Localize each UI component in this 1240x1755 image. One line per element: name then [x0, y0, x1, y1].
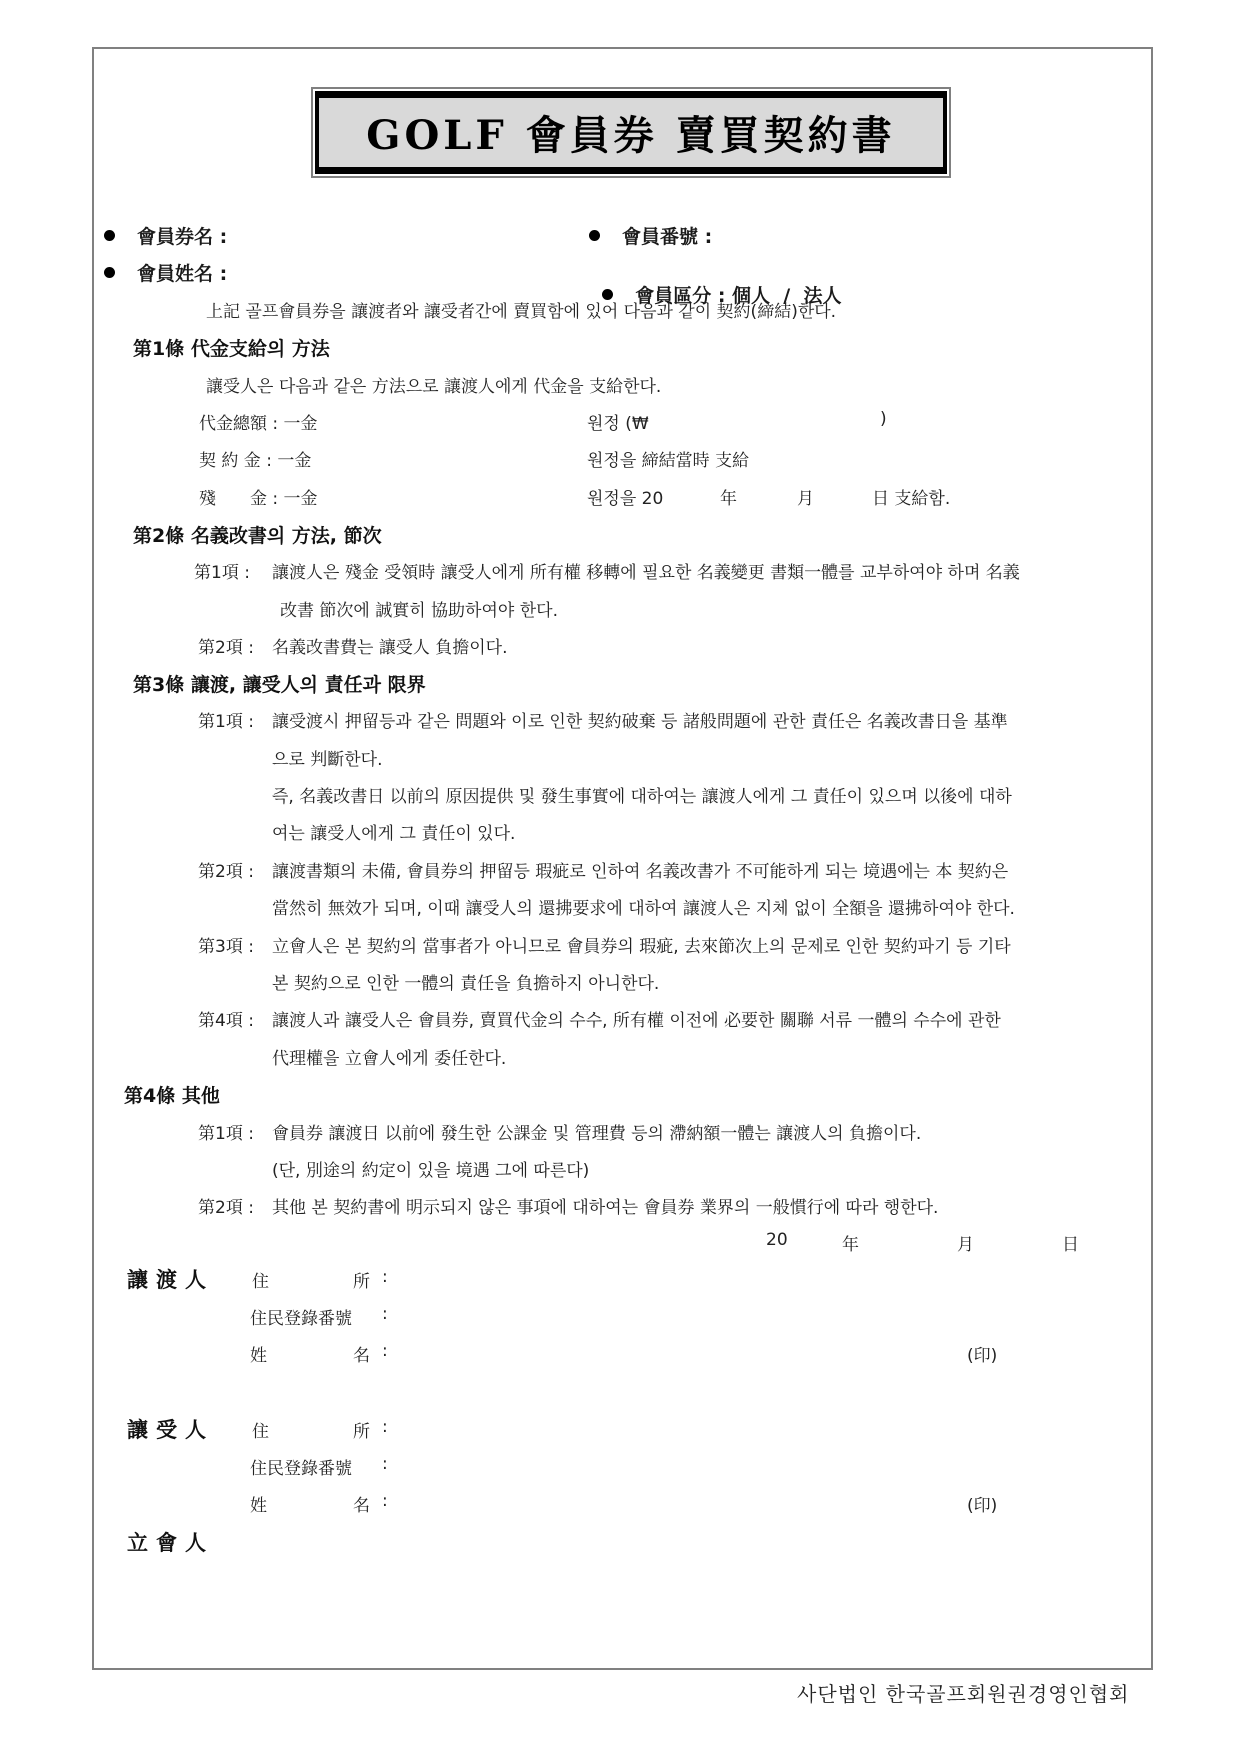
article1-row-total-close: )	[880, 409, 887, 429]
article1-row-deposit-value: 원정을 締結當時 支給	[587, 446, 749, 471]
article3-heading: 第3條 讓渡, 讓受人의 責任과 限界	[133, 670, 426, 697]
article4-item1-line2: (단, 別途의 約定이 있을 境遇 그에 따른다)	[272, 1156, 589, 1181]
bullet-icon	[104, 267, 115, 278]
article3-item3-line1: 立會人은 본 契約의 當事者가 아니므로 會員券의 瑕疵, 去來節次上의 문제로…	[272, 932, 1011, 957]
transferee-label: 讓受人	[127, 1414, 214, 1444]
article3-item1-line4: 여는 讓受人에게 그 責任이 있다.	[272, 819, 515, 844]
article3-item3-line2: 본 契約으로 인한 一體의 責任을 負擔하지 아니한다.	[272, 969, 659, 994]
article1-row-total-value: 원정 (₩	[587, 409, 649, 434]
article1-intro: 讓受人은 다음과 같은 方法으로 讓渡人에게 代金을 支給한다.	[206, 372, 661, 397]
article2-item1-line1: 讓渡人은 殘金 受領時 讓受人에게 所有權 移轉에 필요한 名義變更 書類一體를…	[272, 558, 1146, 583]
field-member-name: 會員姓名 :	[104, 259, 227, 286]
footer-organization: 사단법인 한국골프회원권경영인협회	[797, 1678, 1129, 1707]
transferor-name-colon: :	[382, 1341, 388, 1361]
bullet-icon	[104, 230, 115, 241]
transferee-name-label-a: 姓	[250, 1491, 267, 1516]
article1-row-balance-month: 月	[797, 484, 814, 509]
transferor-seal: (印)	[967, 1341, 997, 1366]
date-year-prefix: 20	[766, 1230, 788, 1250]
article3-item2-line1: 讓渡書類의 未備, 會員券의 押留등 瑕疵로 인하여 名義改書가 不可能하게 되…	[272, 857, 1008, 882]
title-box: GOLF 會員券 賣買契約書	[311, 87, 951, 178]
article1-heading: 第1條 代金支給의 方法	[133, 334, 330, 361]
article1-row-balance-label: 殘 金 : 一金	[199, 484, 318, 509]
article3-item1-line3: 즉, 名義改書日 以前의 原因提供 및 發生事實에 대하여는 讓渡人에게 그 責…	[272, 782, 1012, 807]
date-day: 日	[1062, 1230, 1079, 1255]
field-membership-number: 會員番號 :	[589, 222, 712, 249]
article3-item4-line2: 代理權을 立會人에게 委任한다.	[272, 1044, 506, 1069]
transferor-name-label-a: 姓	[250, 1341, 267, 1366]
article3-item1-num: 第1項 :	[198, 707, 254, 732]
article1-row-total-label: 代金總額 : 一金	[199, 409, 318, 434]
bullet-icon	[589, 230, 600, 241]
transferee-name-colon: :	[382, 1491, 388, 1511]
article4-item1-line1: 會員券 讓渡日 以前에 發生한 公課金 및 管理費 등의 滯納額一體는 讓渡人의…	[272, 1119, 921, 1144]
transferor-id-label: 住民登錄番號	[250, 1304, 352, 1329]
transferee-address-label-a: 住	[252, 1417, 269, 1442]
intro-text: 上記 골프會員券을 讓渡者와 讓受者간에 賣買함에 있어 다음과 같이 契約(締…	[206, 297, 836, 322]
article2-heading: 第2條 名義改書의 方法, 節次	[133, 521, 382, 548]
member-name-label: 會員姓名 :	[137, 263, 227, 285]
transferor-name-label-b: 名	[353, 1341, 370, 1366]
transferee-id-colon: :	[382, 1454, 388, 1474]
witness-label: 立會人	[127, 1527, 214, 1557]
transferee-name-label-b: 名	[353, 1491, 370, 1516]
article2-item2-num: 第2項 :	[198, 633, 254, 658]
title-inner: GOLF 會員券 賣買契約書	[315, 91, 947, 174]
article3-item3-num: 第3項 :	[198, 932, 254, 957]
transferor-label: 讓渡人	[127, 1264, 214, 1294]
article2-item2-line1: 名義改書費는 讓受人 負擔이다.	[272, 633, 507, 658]
transferor-id-colon: :	[382, 1304, 388, 1324]
article4-item2-line1: 其他 본 契約書에 明示되지 않은 事項에 대하여는 會員券 業界의 一般慣行에…	[272, 1193, 938, 1218]
article1-row-balance-year: 年	[720, 484, 737, 509]
membership-name-label: 會員券名 :	[137, 226, 227, 248]
transferor-address-label-a: 住	[252, 1267, 269, 1292]
transferee-seal: (印)	[967, 1491, 997, 1516]
article4-heading: 第4條 其他	[124, 1081, 220, 1108]
document-title: GOLF 會員券 賣買契約書	[366, 104, 895, 161]
article1-row-balance-value: 원정을 20	[587, 484, 663, 509]
transferee-address-label-b: 所	[353, 1417, 370, 1442]
transferor-address-label-b: 所	[353, 1267, 370, 1292]
field-membership-name: 會員券名 :	[104, 222, 227, 249]
article4-item1-num: 第1項 :	[198, 1119, 254, 1144]
article3-item2-line2: 當然히 無效가 되며, 이때 讓受人의 還拂要求에 대하여 讓渡人은 지체 없이…	[272, 894, 1015, 919]
article2-item1-line2: 改書 節次에 誠實히 協助하여야 한다.	[280, 596, 558, 621]
article3-item4-line1: 讓渡人과 讓受人은 會員券, 賣買代金의 수수, 所有權 이전에 必要한 關聯 …	[272, 1006, 1001, 1031]
article1-row-deposit-label: 契 約 金 : 一金	[199, 446, 311, 471]
date-year: 年	[842, 1230, 859, 1255]
article3-item2-num: 第2項 :	[198, 857, 254, 882]
transferee-id-label: 住民登錄番號	[250, 1454, 352, 1479]
article4-item2-num: 第2項 :	[198, 1193, 254, 1218]
article3-item1-line1: 讓受渡시 押留등과 같은 問題와 이로 인한 契約破棄 등 諸般問題에 관한 責…	[272, 707, 1008, 732]
article2-item1-num: 第1項 :	[194, 558, 250, 583]
membership-number-label: 會員番號 :	[622, 226, 712, 248]
date-month: 月	[957, 1230, 974, 1255]
article1-row-balance-day: 日 支給함.	[872, 484, 950, 509]
transferee-address-colon: :	[382, 1417, 388, 1437]
article3-item1-line2: 으로 判斷한다.	[272, 745, 383, 770]
article3-item4-num: 第4項 :	[198, 1006, 254, 1031]
transferor-address-colon: :	[382, 1267, 388, 1287]
